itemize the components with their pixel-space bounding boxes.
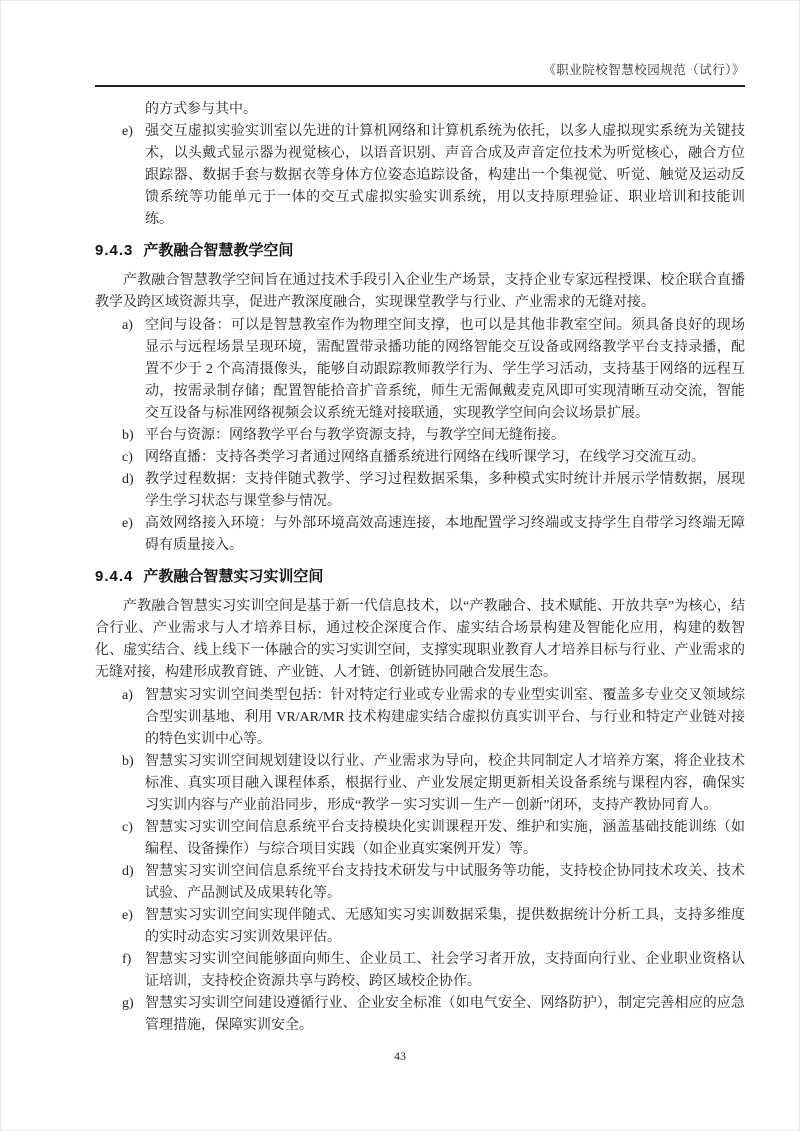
item-label: e)	[122, 513, 133, 535]
list-item: d) 教学过程数据：支持伴随式教学、学习过程数据采集，多种模式实时统计并展示学情…	[95, 469, 745, 513]
list-item: c) 网络直播：支持各类学习者通过网络直播系统进行网络在线听课学习，在线学习交流…	[95, 447, 745, 469]
item-label: b)	[122, 425, 134, 447]
list-item: b) 智慧实习实训空间规划建设以行业、产业需求为导向，校企共同制定人才培养方案，…	[95, 751, 745, 817]
header-title: 《职业院校智慧校园规范（试行）》	[543, 63, 745, 77]
item-text: 高效网络接入环境：与外部环境高效高速连接，本地配置学习终端或支持学生自带学习终端…	[145, 516, 745, 553]
item-text: 智慧实习实训空间信息系统平台支持模块化实训课程开发、维护和实施，涵盖基础技能训练…	[145, 820, 745, 857]
list-item: d) 智慧实习实训空间信息系统平台支持技术研发与中试服务等功能，支持校企协同技术…	[95, 861, 745, 905]
section-number: 9.4.3	[95, 242, 133, 259]
list-item: e) 智慧实习实训空间实现伴随式、无感知实习实训数据采集，提供数据统计分析工具，…	[95, 905, 745, 949]
item-text: 智慧实习实训空间类型包括：针对特定行业或专业需求的专业型实训室、覆盖多专业交叉领…	[145, 688, 745, 747]
section-paragraph: 产教融合智慧教学空间旨在通过技术手段引入企业生产场景，支持企业专家远程授课、校企…	[95, 270, 745, 314]
item-label: c)	[122, 447, 133, 469]
list-item: e) 高效网络接入环境：与外部环境高效高速连接，本地配置学习终端或支持学生自带学…	[95, 513, 745, 557]
document-page: 《职业院校智慧校园规范（试行）》 的方式参与其中。 e) 强交互虚拟实验实训室以…	[0, 0, 800, 1131]
item-text: 平台与资源：网络教学平台与教学资源支持，与教学空间无缝衔接。	[145, 428, 565, 443]
item-text: 智慧实习实训空间能够面向师生、企业员工、社会学习者开放，支持面向行业、企业职业资…	[145, 952, 745, 989]
section-paragraph: 产教融合智慧实习实训空间是基于新一代信息技术，以“产教融合、技术赋能、开放共享”…	[95, 596, 745, 684]
item-label: g)	[122, 993, 134, 1015]
item-label: d)	[122, 861, 134, 883]
item-label: f)	[122, 949, 131, 971]
list-item: a) 智慧实习实训空间类型包括：针对特定行业或专业需求的专业型实训室、覆盖多专业…	[95, 685, 745, 751]
item-text: 智慧实习实训空间建设遵循行业、企业安全标准（如电气安全、网络防护），制定完善相应…	[145, 996, 745, 1033]
item-label: a)	[122, 315, 133, 337]
item-label: e)	[122, 121, 133, 143]
page-footer: 43	[0, 1049, 800, 1064]
list-item: e) 强交互虚拟实验实训室以先进的计算机网络和计算机系统为依托，以多人虚拟现实系…	[95, 121, 745, 231]
section-number: 9.4.4	[95, 568, 133, 585]
page-number: 43	[394, 1049, 406, 1063]
list-item: g) 智慧实习实训空间建设遵循行业、企业安全标准（如电气安全、网络防护），制定完…	[95, 993, 745, 1037]
item-label: c)	[122, 817, 133, 839]
item-label: a)	[122, 685, 133, 707]
section-title: 产教融合智慧实习实训空间	[143, 568, 323, 585]
item-text: 空间与设备：可以是智慧教室作为物理空间支撑，也可以是其他非教室空间。须具备良好的…	[145, 318, 745, 421]
page-content: 的方式参与其中。 e) 强交互虚拟实验实训室以先进的计算机网络和计算机系统为依托…	[95, 99, 745, 1037]
item-text: 网络直播：支持各类学习者通过网络直播系统进行网络在线听课学习，在线学习交流互动。	[145, 450, 705, 465]
item-text: 智慧实习实训空间实现伴随式、无感知实习实训数据采集，提供数据统计分析工具，支持多…	[145, 908, 745, 945]
item-text: 智慧实习实训空间信息系统平台支持技术研发与中试服务等功能，支持校企协同技术攻关、…	[145, 864, 745, 901]
list-item: b) 平台与资源：网络教学平台与教学资源支持，与教学空间无缝衔接。	[95, 425, 745, 447]
item-text: 智慧实习实训空间规划建设以行业、产业需求为导向，校企共同制定人才培养方案，将企业…	[145, 754, 745, 813]
continuation-line: 的方式参与其中。	[95, 99, 745, 121]
section-title: 产教融合智慧教学空间	[143, 242, 293, 259]
list-item: f) 智慧实习实训空间能够面向师生、企业员工、社会学习者开放，支持面向行业、企业…	[95, 949, 745, 993]
section-heading-944: 9.4.4产教融合智慧实习实训空间	[95, 566, 745, 588]
item-label: d)	[122, 469, 134, 491]
item-label: b)	[122, 751, 134, 773]
list-item: c) 智慧实习实训空间信息系统平台支持模块化实训课程开发、维护和实施，涵盖基础技…	[95, 817, 745, 861]
section-heading-943: 9.4.3产教融合智慧教学空间	[95, 240, 745, 262]
item-text: 强交互虚拟实验实训室以先进的计算机网络和计算机系统为依托，以多人虚拟现实系统为关…	[145, 124, 745, 227]
item-text: 教学过程数据：支持伴随式教学、学习过程数据采集，多种模式实时统计并展示学情数据，…	[145, 472, 745, 509]
list-item: a) 空间与设备：可以是智慧教室作为物理空间支撑，也可以是其他非教室空间。须具备…	[95, 315, 745, 425]
item-label: e)	[122, 905, 133, 927]
page-header: 《职业院校智慧校园规范（试行）》	[95, 60, 745, 87]
